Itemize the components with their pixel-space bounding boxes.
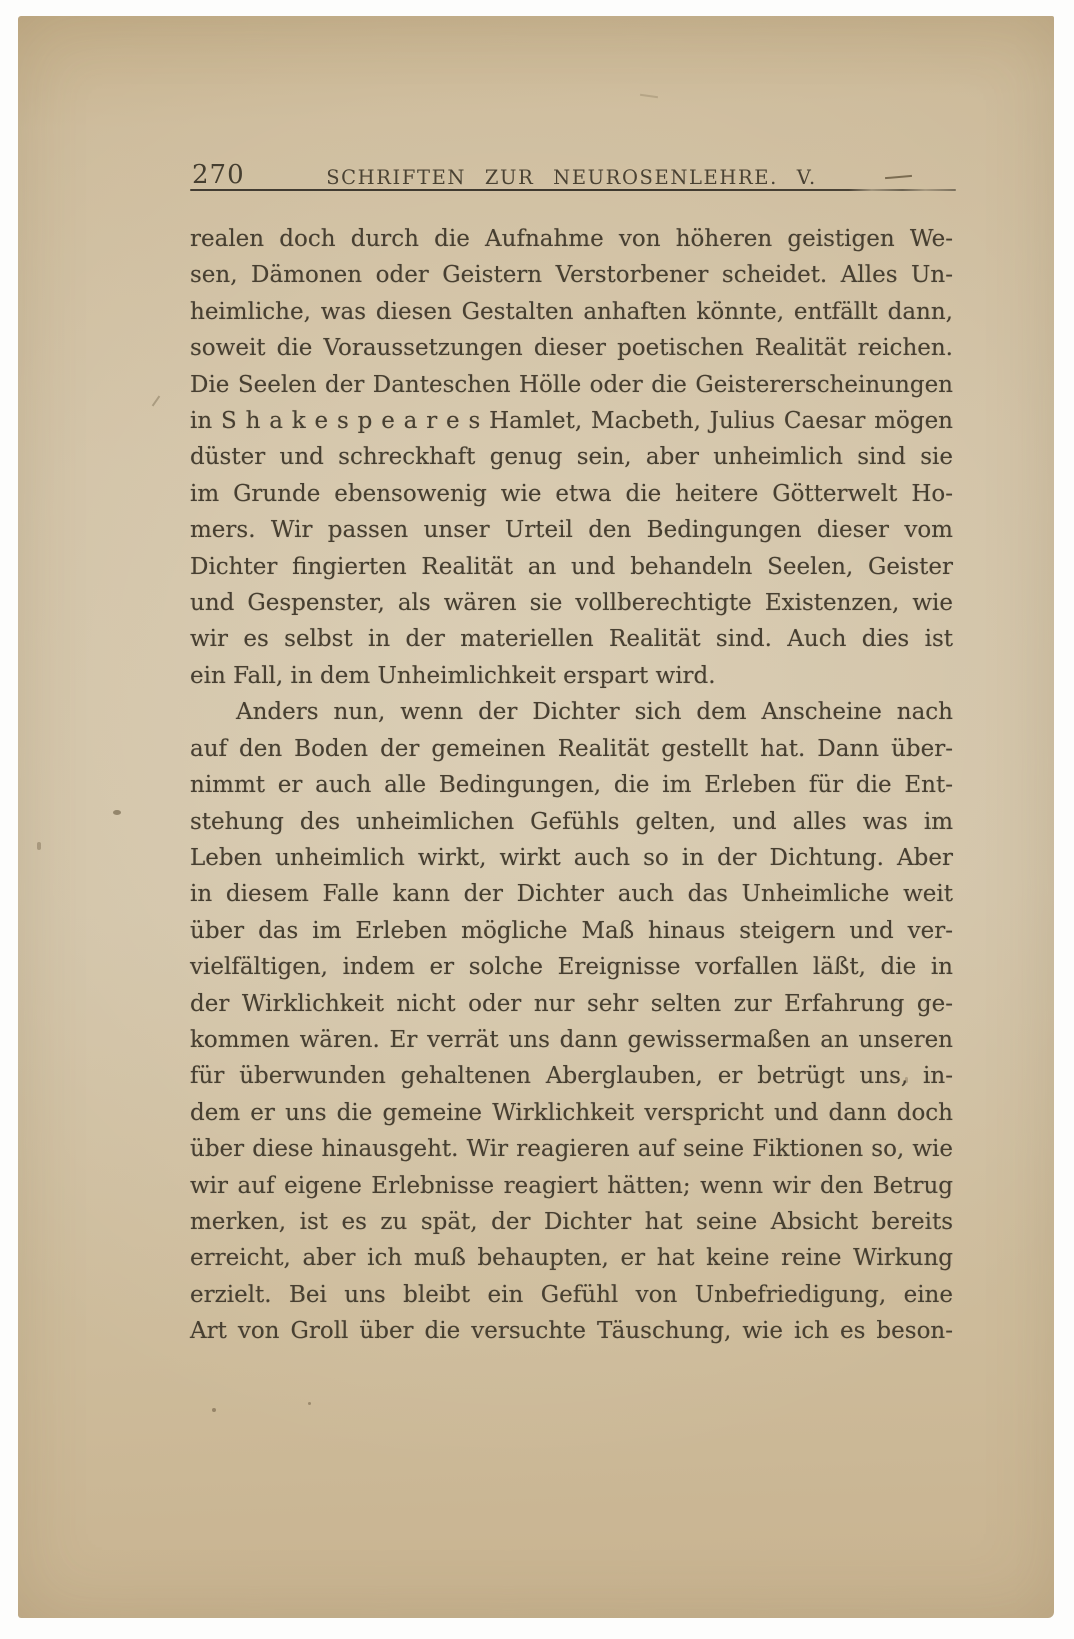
scan-background: 270 SCHRIFTEN ZUR NEUROSENLEHRE. V. real… <box>0 0 1074 1639</box>
paper-speck <box>640 94 658 98</box>
text-line: düster und schreckhaft genug sein, aber … <box>190 439 953 475</box>
paper-speck <box>308 1402 311 1405</box>
text-line: nimmt er auch alle Bedingungen, die im E… <box>190 767 953 803</box>
text-line: auf den Boden der gemeinen Realität gest… <box>190 731 953 767</box>
header-rule <box>190 189 956 191</box>
text-line: Art von Groll über die versuchte Täuschu… <box>190 1313 953 1349</box>
text-line: über diese hinausgeht. Wir reagieren auf… <box>190 1131 953 1167</box>
text-line: der Wirklichkeit nicht oder nur sehr sel… <box>190 986 953 1022</box>
running-head: SCHRIFTEN ZUR NEUROSENLEHRE. V. <box>190 166 953 189</box>
text-line: wir es selbst in der materiellen Realitä… <box>190 621 953 657</box>
text-line: Die Seelen der Danteschen Hölle oder die… <box>190 367 953 403</box>
paper-speck <box>152 396 161 407</box>
scanned-book-page: 270 SCHRIFTEN ZUR NEUROSENLEHRE. V. real… <box>18 16 1054 1618</box>
body-text: realen doch durch die Aufnahme von höher… <box>190 221 953 1350</box>
text-line: in diesem Falle kann der Dichter auch da… <box>190 876 953 912</box>
text-line: erzielt. Bei uns bleibt ein Gefühl von U… <box>190 1277 953 1313</box>
text-line: für überwunden gehaltenen Aberglauben, e… <box>190 1058 953 1094</box>
text-line: sen, Dämonen oder Geistern Verstorbener … <box>190 257 953 293</box>
paper-speck <box>113 810 121 815</box>
text-line: merken, ist es zu spät, der Dichter hat … <box>190 1204 953 1240</box>
text-line: über das im Erleben mögliche Maß hinaus … <box>190 913 953 949</box>
text-line: wir auf eigene Erlebnisse reagiert hätte… <box>190 1168 953 1204</box>
text-line: im Grunde ebensowenig wie etwa die heite… <box>190 476 953 512</box>
text-line: erreicht, aber ich muß behaupten, er hat… <box>190 1240 953 1276</box>
text-line: ein Fall, in dem Unheimlichkeit erspart … <box>190 658 953 694</box>
text-line: Dichter fingierten Realität an und behan… <box>190 549 953 585</box>
text-line: Leben unheimlich wirkt, wirkt auch so in… <box>190 840 953 876</box>
text-line: dem er uns die gemeine Wirklichkeit vers… <box>190 1095 953 1131</box>
paper-speck <box>212 1408 216 1412</box>
text-line: realen doch durch die Aufnahme von höher… <box>190 221 953 257</box>
text-line: kommen wären. Er verrät uns dann gewisse… <box>190 1022 953 1058</box>
text-line: vielfältigen, indem er solche Ereignisse… <box>190 949 953 985</box>
text-line: in S h a k e s p e a r e s Hamlet, Macbe… <box>190 403 953 439</box>
paper-speck <box>37 842 41 850</box>
text-line: Anders nun, wenn der Dichter sich dem An… <box>190 694 953 730</box>
text-line: und Gespenster, als wären sie vollberech… <box>190 585 953 621</box>
text-line: stehung des unheimlichen Gefühls gelten,… <box>190 804 953 840</box>
text-line: soweit die Voraussetzungen dieser poetis… <box>190 330 953 366</box>
text-line: heimliche, was diesen Gestalten anhaften… <box>190 294 953 330</box>
text-line: mers. Wir passen unser Urteil den Beding… <box>190 512 953 548</box>
